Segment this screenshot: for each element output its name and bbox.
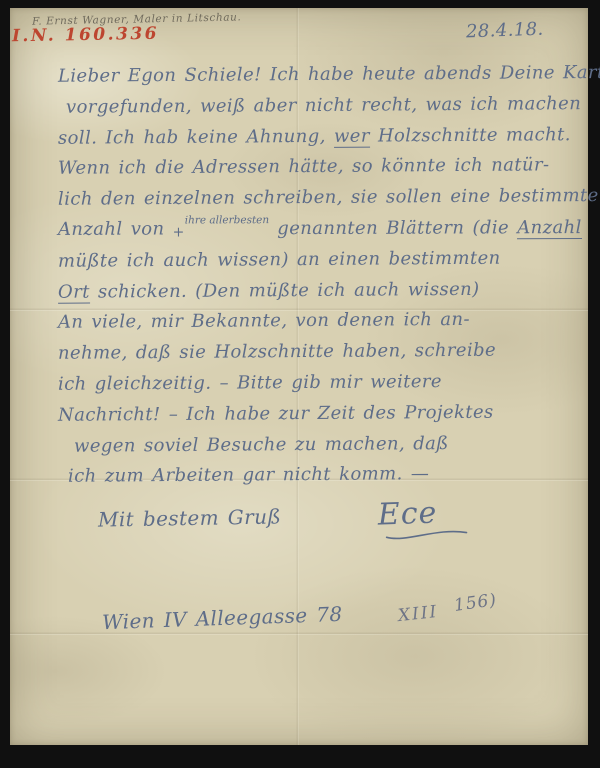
letter-date: 28.4.18. [466, 19, 544, 43]
page-mark: 156) [453, 590, 498, 616]
crease-horizontal-3 [10, 632, 588, 635]
letter-line: nehme, daß sie Holzschnitte haben, schre… [58, 335, 563, 369]
letter-line: An viele, mir Bekannte, von denen ich an… [58, 305, 563, 339]
letter-line: soll. Ich hab keine Ahnung, wer Holzschn… [58, 120, 563, 154]
signature-text: Ece [377, 496, 438, 533]
signature: Ece [377, 494, 471, 542]
letter-line: Nachricht! – Ich habe zur Zeit des Proje… [58, 397, 563, 431]
letter-paper: F. Ernst Wagner, Maler in Litschau. I.N.… [10, 8, 588, 745]
letter-closing: Mit bestem Gruß [98, 504, 282, 531]
letter-address: Wien IV Alleegasse 78 [102, 602, 343, 634]
letter-line: Lieber Egon Schiele! Ich habe heute aben… [58, 58, 563, 92]
folio-mark: XIII [397, 602, 439, 626]
letter-body: Lieber Egon Schiele! Ich habe heute aben… [58, 60, 563, 491]
letter-line: ich zum Arbeiten gar nicht komm. — [68, 459, 563, 493]
letter-line: ich gleichzeitig. – Bitte gib mir weiter… [58, 366, 563, 400]
letter-line: Anzahl von +ihre allerbesten genannten B… [58, 213, 563, 246]
letter-line: lich den einzelnen schreiben, sie sollen… [58, 181, 563, 215]
letter-line: müßte ich auch wissen) an einen bestimmt… [58, 243, 563, 277]
letter-line: wegen soviel Besuche zu machen, daß [74, 428, 563, 462]
inventory-number: I.N. 160.336 [12, 24, 159, 47]
letter-line: vorgefunden, weiß aber nicht recht, was … [66, 89, 563, 123]
letter-line: Ort schicken. (Den müßte ich auch wissen… [58, 274, 563, 308]
letter-line: Wenn ich die Adressen hätte, so könnte i… [58, 151, 563, 185]
